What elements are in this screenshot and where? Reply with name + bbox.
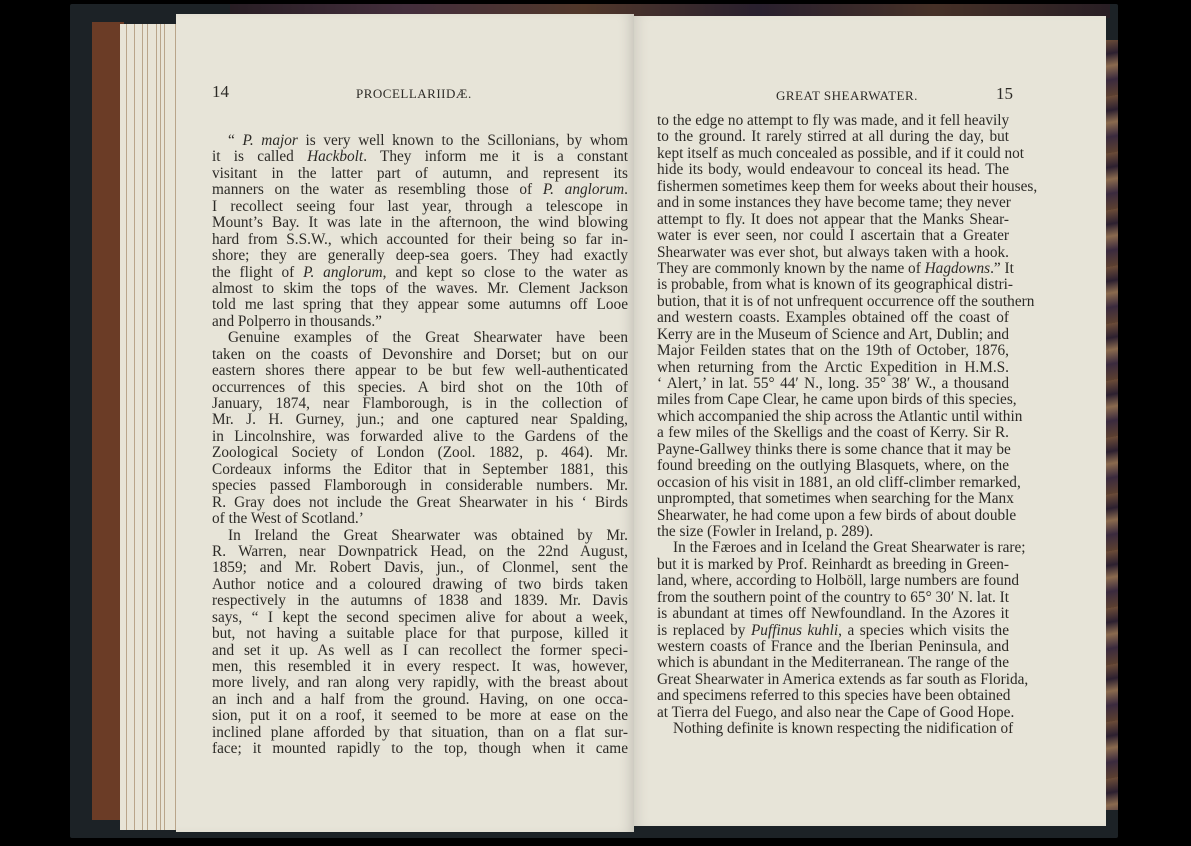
marbled-edge-right [1106,40,1118,810]
text-line: Shearwater was ever shot, but always tak… [657,245,1009,261]
text-line: Nothing definite is known respecting the… [657,721,1009,737]
text-line: Payne-Gallwey thinks there is some chanc… [657,442,1009,458]
text-line: respectively in the autumns of 1838 and … [212,593,628,609]
text-line: Author notice and a coloured drawing of … [212,577,628,593]
text-line: told me last spring that they appear som… [212,297,628,313]
text-line: taken on the coasts of Devonshire and Do… [212,347,628,363]
text-line: and Polperro in thousands.” [212,314,628,330]
text-line: Shearwater, he had come upon a few birds… [657,508,1009,524]
text-line: occasion of his visit in 1881, an old cl… [657,475,1009,491]
text-line: more lively, and ran along very rapidly,… [212,675,628,691]
text-line: found breeding on the outlying Blasquets… [657,458,1009,474]
running-head: GREAT SHEARWATER. [776,88,918,108]
text-line: it is called Hackbolt. They inform me it… [212,149,628,165]
text-line: to the edge no attempt to fly was made, … [657,113,1009,129]
text-line: hide its body, would endeavour to concea… [657,162,1009,178]
text-line: Zoological Society of London (Zool. 1882… [212,445,628,461]
text-line: Mr. J. H. Gurney, jun.; and one captured… [212,412,628,428]
text-line: when returning from the Arctic Expeditio… [657,360,1009,376]
text-line: R. Warren, near Downpatrick Head, on the… [212,544,628,560]
text-line: Genuine examples of the Great Shearwater… [212,330,628,346]
text-line: R. Gray does not include the Great Shear… [212,495,628,511]
body-text: to the edge no attempt to fly was made, … [657,113,1009,738]
text-line: is probable, from what is known of its g… [657,277,1009,293]
page-stack-left [120,24,178,830]
text-line: a few miles of the Skelligs and the coas… [657,425,1009,441]
text-line: an inch and a half from the ground. Havi… [212,692,628,708]
text-line: occurrences of this species. A bird shot… [212,380,628,396]
text-line: but it is marked by Prof. Reinhardt as b… [657,557,1009,573]
text-line: I recollect seeing four last year, throu… [212,199,628,215]
text-line: unprompted, that sometimes when searchin… [657,491,1009,507]
text-line: inclined plane afforded by that situatio… [212,725,628,741]
running-head: PROCELLARIIDÆ. [356,86,472,106]
text-line: and western coasts. Examples obtained of… [657,310,1009,326]
text-line: at Tierra del Fuego, and also near the C… [657,705,1009,721]
text-line: fishermen sometimes keep them for weeks … [657,179,1009,195]
text-line: from the southern point of the country t… [657,590,1009,606]
text-line: manners on the water as resembling those… [212,182,628,198]
text-line: the size (Fowler in Ireland, p. 289). [657,524,1009,540]
text-line: land, where, according to Holböll, large… [657,573,1009,589]
text-line: In Ireland the Great Shearwater was obta… [212,528,628,544]
text-line: but, not having a suitable place for tha… [212,626,628,642]
text-line: is replaced by Puffinus kuhli, a species… [657,623,1009,639]
text-line: ‘ Alert,’ in lat. 55° 44′ N., long. 35° … [657,376,1009,392]
text-line: and in some instances they have become t… [657,195,1009,211]
text-line: “ P. major is very well known to the Sci… [212,133,628,149]
text-line: hard from S.S.W., which accounted for th… [212,232,628,248]
body-text: “ P. major is very well known to the Sci… [212,133,628,758]
text-line: Mount’s Bay. It was late in the afternoo… [212,215,628,231]
text-line: Great Shearwater in America extends as f… [657,672,1009,688]
right-page: GREAT SHEARWATER. 15 to the edge no atte… [634,16,1106,826]
text-line: to the ground. It rarely stirred at all … [657,129,1009,145]
text-line: Major Feilden states that on the 19th of… [657,343,1009,359]
text-line: miles from Cape Clear, he came upon bird… [657,392,1009,408]
text-line: Cordeaux informs the Editor that in Sept… [212,462,628,478]
text-line: bution, that it is of not unfrequent occ… [657,294,1009,310]
text-line: Kerry are in the Museum of Science and A… [657,327,1009,343]
text-line: visitant in the latter part of autumn, a… [212,166,628,182]
text-line: of the West of Scotland.’ [212,511,628,527]
text-line: says, “ I kept the second specimen alive… [212,610,628,626]
text-line: 1859; and Mr. Robert Davis, jun., of Clo… [212,560,628,576]
text-line: men, this resembled it in every respect.… [212,659,628,675]
text-line: eastern shores there appear to be but fe… [212,363,628,379]
text-line: sion, put it on a roof, it seemed to be … [212,708,628,724]
text-line: is abundant at times off Newfoundland. I… [657,606,1009,622]
page-number: 15 [996,84,1013,104]
text-line: and set it up. As well as I can recollec… [212,643,628,659]
text-line: which is abundant in the Mediterranean. … [657,655,1009,671]
text-line: shore; they are generally deep-sea goers… [212,248,628,264]
text-line: and specimens referred to this species h… [657,688,1009,704]
page-number: 14 [212,82,229,102]
text-line: in Lincolnshire, was forwarded alive to … [212,429,628,445]
text-line: western coasts of France and the Iberian… [657,639,1009,655]
text-line: In the Færoes and in Iceland the Great S… [657,540,1009,556]
text-line: almost to skim the tops of the waves. Mr… [212,281,628,297]
left-page: 14 PROCELLARIIDÆ. “ P. major is very wel… [176,14,634,832]
text-line: attempt to fly. It does not appear that … [657,212,1009,228]
text-line: face; it mounted rapidly to the top, tho… [212,741,628,757]
text-line: They are commonly known by the name of H… [657,261,1009,277]
text-line: species passed Flamborough in considerab… [212,478,628,494]
text-line: January, 1874, near Flamborough, is in t… [212,396,628,412]
text-line: kept itself as much concealed as possibl… [657,146,1009,162]
text-line: the flight of P. anglorum, and kept so c… [212,265,628,281]
text-line: water is ever seen, nor could I ascertai… [657,228,1009,244]
text-line: which accompanied the ship across the At… [657,409,1009,425]
